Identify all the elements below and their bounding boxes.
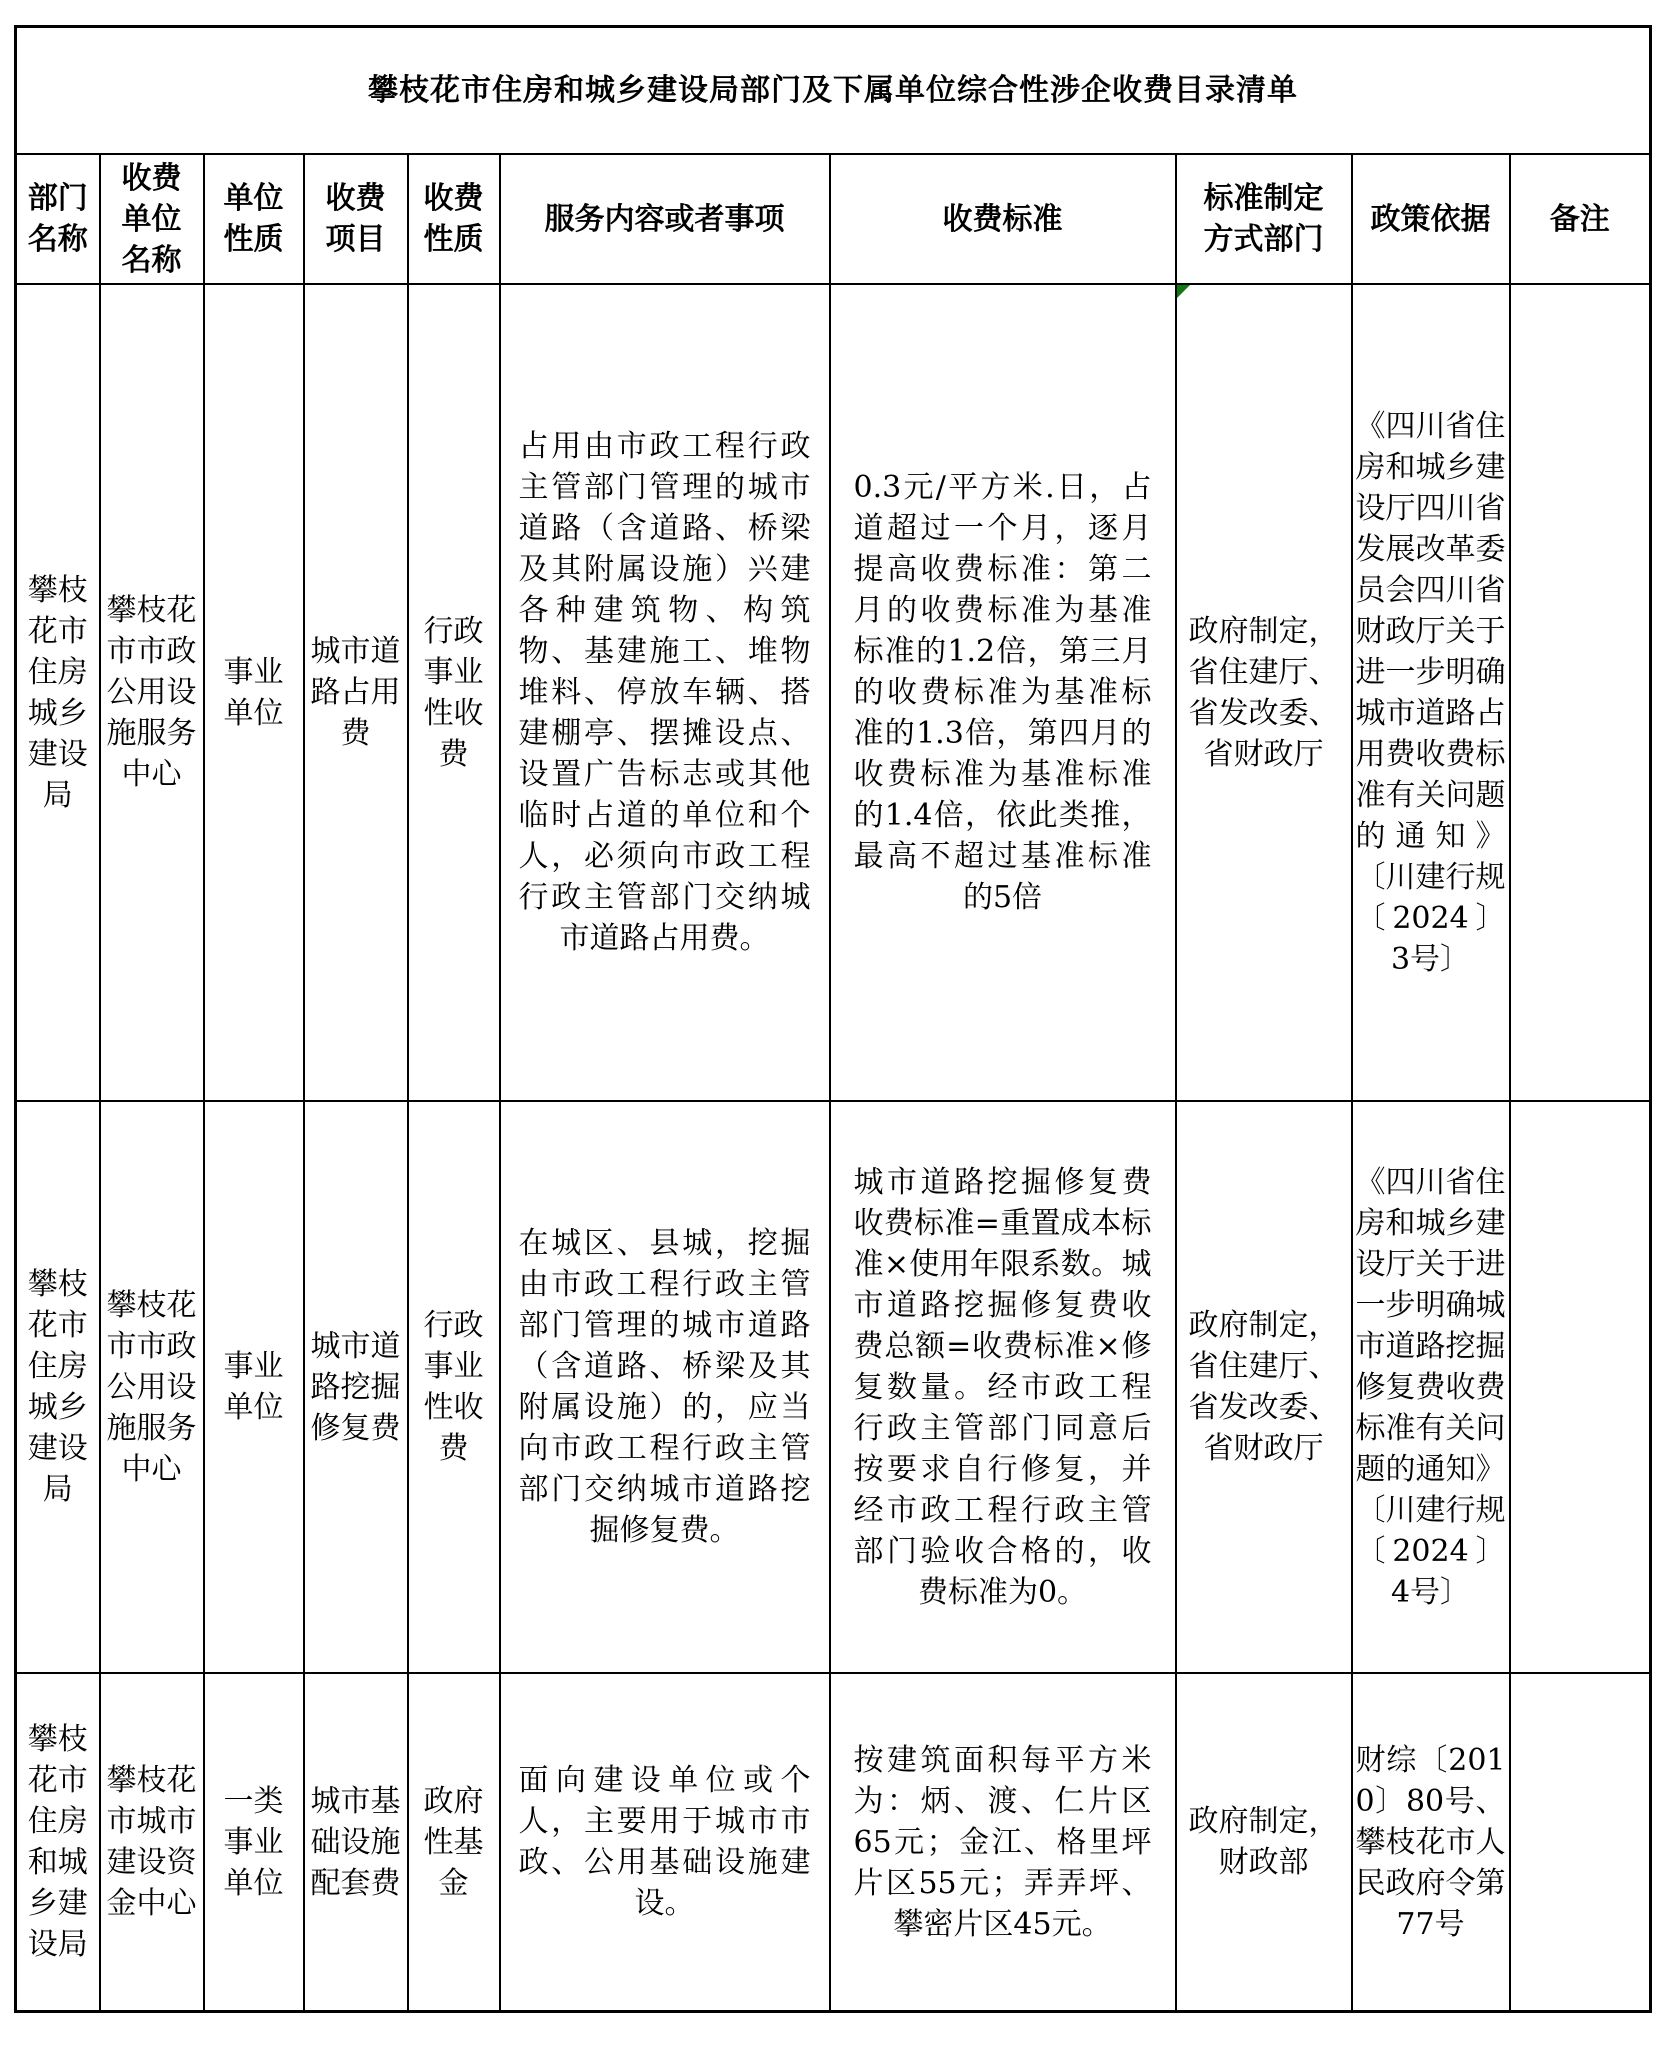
cell-r2-fee-nature: 行政事业性收费: [408, 1101, 500, 1673]
cell-r3-fee-standard: 按建筑面积每平方米为：炳、渡、仁片区65元；金江、格里坪片区55元；弄弄坪、攀密…: [830, 1673, 1176, 2012]
cell-r3-remarks: [1510, 1673, 1651, 2012]
header-fee-item: 收费项目: [304, 154, 408, 284]
header-fee-standard: 收费标准: [830, 154, 1176, 284]
cell-r1-fee-nature: 行政事业性收费: [408, 284, 500, 1101]
cell-r1-fee-item: 城市道路占用费: [304, 284, 408, 1101]
cell-r3-fee-item: 城市基础设施配套费: [304, 1673, 408, 2012]
page-title: 攀枝花市住房和城乡建设局部门及下属单位综合性涉企收费目录清单: [16, 27, 1651, 155]
cell-r1-department: 攀枝花市住房城乡建设局: [16, 284, 100, 1101]
cell-r1-service-content: 占用由市政工程行政主管部门管理的城市道路（含道路、桥梁及其附属设施）兴建各种建筑…: [500, 284, 830, 1101]
header-row: 部门名称 收费单位名称 单位性质 收费项目 收费性质 服务内容或者事项 收费标准…: [16, 154, 1651, 284]
header-remarks: 备注: [1510, 154, 1651, 284]
header-standard-setter: 标准制定方式部门: [1176, 154, 1352, 284]
cell-r2-fee-item: 城市道路挖掘修复费: [304, 1101, 408, 1673]
header-unit-name: 收费单位名称: [100, 154, 204, 284]
cell-r3-department: 攀枝花市住房和城乡建设局: [16, 1673, 100, 2012]
cell-r2-service-content: 在城区、县城，挖掘由市政工程行政主管部门管理的城市道路（含道路、桥梁及其附属设施…: [500, 1101, 830, 1673]
title-row: 攀枝花市住房和城乡建设局部门及下属单位综合性涉企收费目录清单: [16, 27, 1651, 155]
cell-r1-standard-setter: 政府制定，省住建厅、省发改委、省财政厅: [1176, 284, 1352, 1101]
cell-r1-unit-name: 攀枝花市市政公用设施服务中心: [100, 284, 204, 1101]
header-unit-type: 单位性质: [204, 154, 304, 284]
cell-r2-unit-type: 事业单位: [204, 1101, 304, 1673]
header-service-content: 服务内容或者事项: [500, 154, 830, 284]
cell-r3-standard-setter: 政府制定，财政部: [1176, 1673, 1352, 2012]
table-row-2: 攀枝花市住房城乡建设局 攀枝花市市政公用设施服务中心 事业单位 城市道路挖掘修复…: [16, 1101, 1651, 1673]
cell-r3-policy-basis: 财综〔2010〕80号、攀枝花市人民政府令第77号: [1352, 1673, 1510, 2012]
table-row-3: 攀枝花市住房和城乡建设局 攀枝花市城市建设资金中心 一类事业单位 城市基础设施配…: [16, 1673, 1651, 2012]
header-policy-basis: 政策依据: [1352, 154, 1510, 284]
fee-catalog-table: 攀枝花市住房和城乡建设局部门及下属单位综合性涉企收费目录清单 部门名称 收费单位…: [14, 25, 1652, 2013]
cell-r3-service-content: 面向建设单位或个人，主要用于城市市政、公用基础设施建设。: [500, 1673, 830, 2012]
cell-r2-department: 攀枝花市住房城乡建设局: [16, 1101, 100, 1673]
cell-r3-fee-nature: 政府性基金: [408, 1673, 500, 2012]
cell-r1-unit-type: 事业单位: [204, 284, 304, 1101]
header-department: 部门名称: [16, 154, 100, 284]
comment-marker-icon: [1177, 285, 1190, 298]
cell-r2-policy-basis: 《四川省住房和城乡建设厅关于进一步明确城市道路挖掘修复费收费标准有关问题的通知》…: [1352, 1101, 1510, 1673]
cell-r2-fee-standard: 城市道路挖掘修复费收费标准=重置成本标准×使用年限系数。城市道路挖掘修复费收费总…: [830, 1101, 1176, 1673]
table-row-1: 攀枝花市住房城乡建设局 攀枝花市市政公用设施服务中心 事业单位 城市道路占用费 …: [16, 284, 1651, 1101]
cell-r1-fee-standard: 0.3元/平方米.日，占道超过一个月，逐月提高收费标准：第二月的收费标准为基准标…: [830, 284, 1176, 1101]
cell-r3-unit-type: 一类事业单位: [204, 1673, 304, 2012]
cell-r1-remarks: [1510, 284, 1651, 1101]
cell-r2-unit-name: 攀枝花市市政公用设施服务中心: [100, 1101, 204, 1673]
cell-r2-remarks: [1510, 1101, 1651, 1673]
cell-r2-standard-setter: 政府制定，省住建厅、省发改委、省财政厅: [1176, 1101, 1352, 1673]
header-fee-nature: 收费性质: [408, 154, 500, 284]
cell-r1-policy-basis: 《四川省住房和城乡建设厅四川省发展改革委员会四川省财政厅关于进一步明确城市道路占…: [1352, 284, 1510, 1101]
cell-r3-unit-name: 攀枝花市城市建设资金中心: [100, 1673, 204, 2012]
